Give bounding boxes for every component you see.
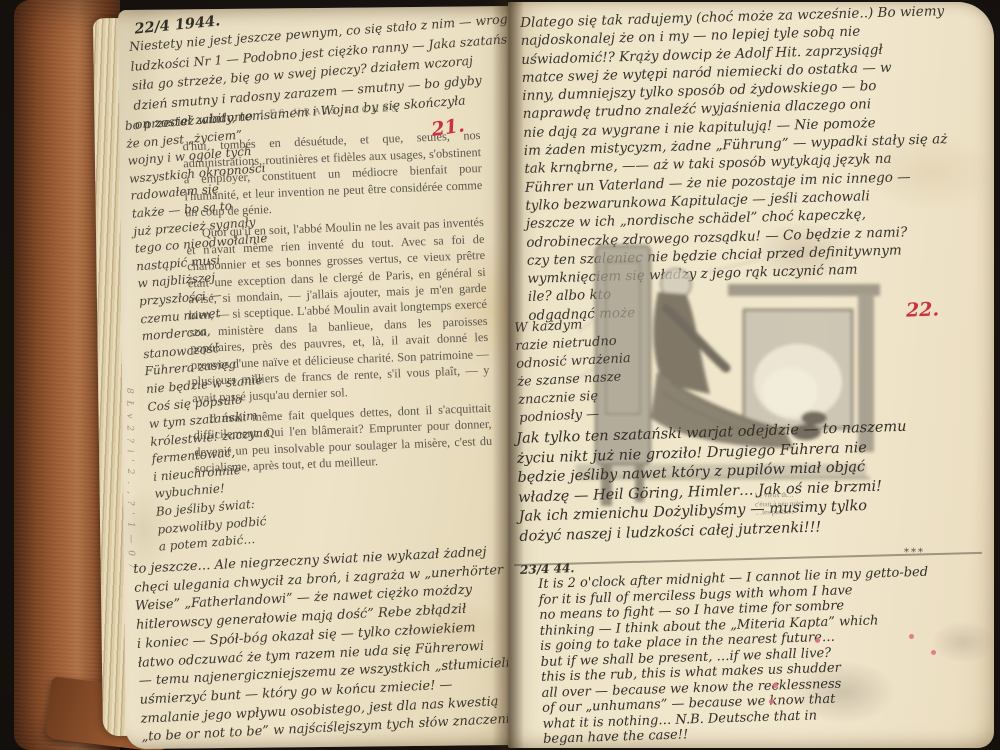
pink-dot <box>909 634 914 639</box>
handwritten-bottom-block: to jeszcze… Ale niegrzeczny świat nie wy… <box>133 542 520 747</box>
left-page: 22/4 1944. Niestety nie jest jeszcze pew… <box>118 6 520 749</box>
red-page-number-22: 22. <box>906 298 940 321</box>
right-page: Dlatego się tak radujemy (choć może za w… <box>508 2 994 748</box>
pink-dot <box>931 650 936 655</box>
hand-drawn-divider-line <box>514 552 982 566</box>
photograph-of-diary-book: 22/4 1944. Niestety nie jest jeszcze pew… <box>0 0 1000 750</box>
printed-paragraph: d'hui tombés en désuétude, et que, seule… <box>182 127 483 220</box>
entry-date-23-april: 23/4 44. <box>520 561 575 577</box>
handwritten-below-illustration: Jak tylko ten szatański warjat odejdzie … <box>516 418 910 548</box>
printed-french-text: LES VRAIS RICHES d'hui tombés en désuétu… <box>181 98 493 482</box>
printed-paragraph: Quoi qu'il en soit, l'abbé Moulin ne les… <box>186 214 491 406</box>
pink-dot <box>773 683 778 688</box>
handwritten-english-block: It is 2 o'clock after midnight — I canno… <box>538 565 933 748</box>
pink-dot <box>815 638 820 643</box>
printed-paragraph: Il avait même fait quelques dettes, dont… <box>193 400 493 477</box>
gutter-scribbles: 8 Ł v 2 ? i ' 2 . , ? ' 1 — 0 7 <box>124 388 137 718</box>
handwritten-beside-illustration: W każdymrazie nietrudnoodnosić wrażeniaż… <box>514 314 634 428</box>
pink-dot <box>769 699 774 704</box>
